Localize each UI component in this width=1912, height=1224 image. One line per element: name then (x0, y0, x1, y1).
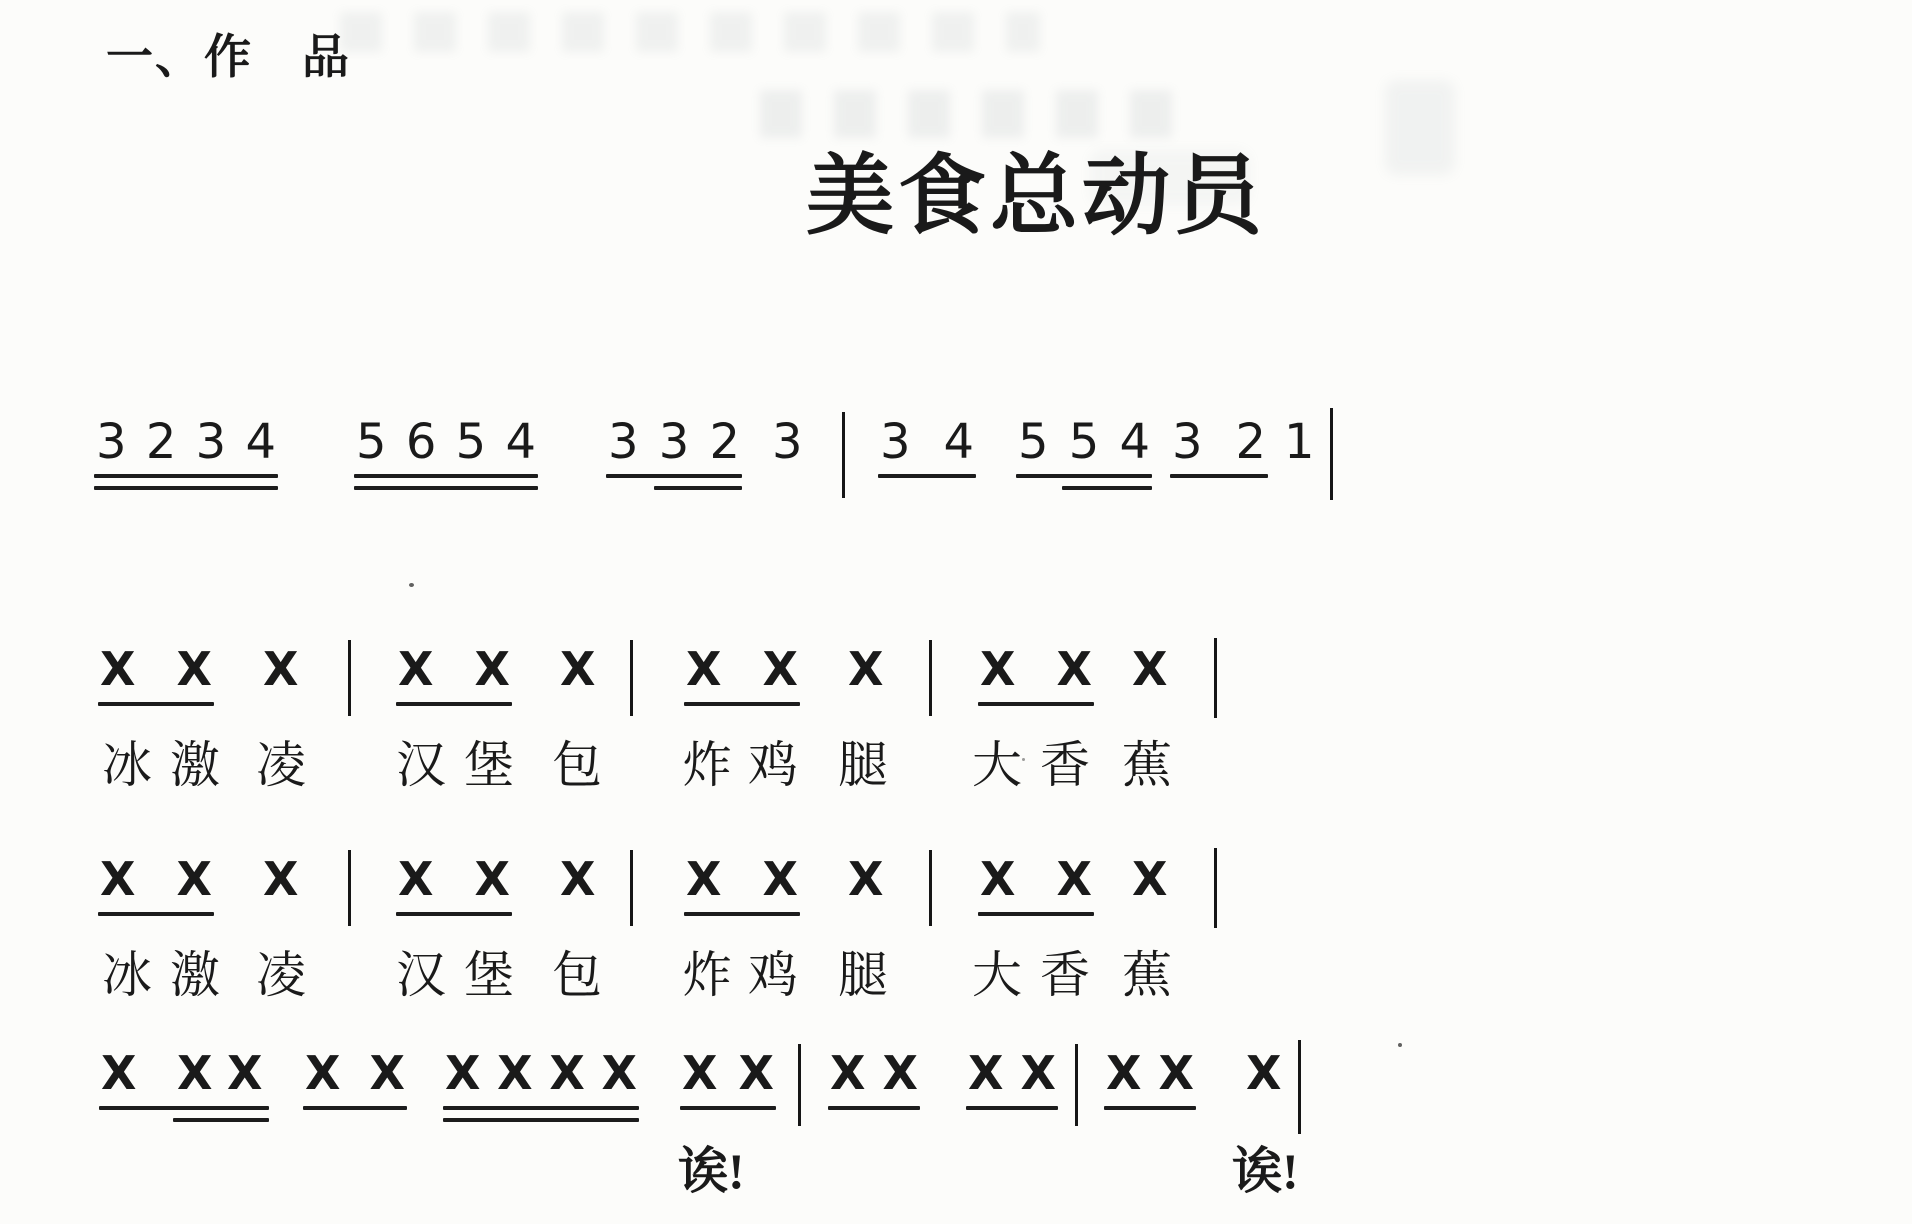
barline (630, 640, 633, 716)
rhythm-x: X (763, 646, 798, 726)
lyric-char: 包 (552, 740, 602, 790)
lyric-char: 冰 (102, 740, 152, 790)
bottom-group-3: X X X X (445, 1050, 637, 1130)
lyric-char: 包 (552, 950, 602, 1000)
beam-line (354, 486, 538, 490)
bottom-group-7: X X (1106, 1050, 1194, 1130)
melody-group-6: 5 5 4 (1018, 418, 1150, 498)
rhythm-x: X (100, 646, 135, 726)
lyric-char: 炸 (682, 740, 732, 790)
note-digit: 5 (1018, 418, 1049, 498)
beam-line (354, 474, 538, 478)
beam-line (303, 1106, 407, 1110)
rhythm-x: X (1021, 1050, 1056, 1130)
final-barline (1214, 848, 1217, 928)
rhythm-x: X (848, 856, 883, 902)
rhythm-row1-m4-pair: X X (980, 646, 1092, 726)
rhythm-x: X (101, 1050, 136, 1096)
bottom-group-6: X X (968, 1050, 1056, 1130)
rhythm-x: X (980, 646, 1015, 726)
melody-group-3: 3 3 2 (608, 418, 740, 498)
rhythm-x: X (1246, 1050, 1281, 1096)
rhythm-row2-m1-pair: X X (100, 856, 212, 936)
rhythm-x: X (177, 856, 212, 936)
rhythm-x: X (848, 646, 883, 692)
lyric-char: 大 (972, 950, 1022, 1000)
scan-speck (409, 583, 414, 587)
sheet-music-page: 一、作 品 美食总动员 3 2 3 4 5 6 5 4 3 3 2 3 3 4 … (0, 0, 1912, 1224)
rhythm-x: X (883, 1050, 918, 1130)
lyric-char: 堡 (464, 740, 514, 790)
lyric-char: 腿 (838, 950, 888, 1000)
rhythm-x: X (1132, 646, 1167, 692)
lyric-char: 蕉 (1122, 740, 1172, 790)
rhythm-x: X (560, 646, 595, 692)
sub-beam-line (1062, 486, 1152, 490)
melody-group-2: 5 6 5 4 (356, 418, 536, 498)
rhythm-x: X (968, 1050, 1003, 1130)
rhythm-x: X (1057, 856, 1092, 936)
final-barline (1214, 638, 1217, 718)
barline (348, 850, 351, 926)
rhythm-x: X (475, 646, 510, 726)
lyric-char: 冰 (102, 950, 152, 1000)
rhythm-x: X (686, 856, 721, 936)
lyric-char: 大 (972, 740, 1022, 790)
beam-line (680, 1106, 776, 1110)
beam-line (606, 474, 742, 478)
note-digit: 3 (772, 418, 803, 466)
beam-line (396, 912, 512, 916)
rhythm-x: X (980, 856, 1015, 936)
barline (798, 1044, 801, 1126)
rhythm-x: X (177, 1050, 212, 1096)
rhythm-row2-m4-pair: X X (980, 856, 1092, 936)
beam-line (684, 912, 800, 916)
rhythm-x: X (398, 856, 433, 936)
note-digit: 3 (1172, 418, 1203, 498)
lyric-char: 香 (1040, 740, 1090, 790)
scan-speck (1022, 758, 1025, 761)
lyric-char: 腿 (838, 740, 888, 790)
shout-lyric: 诶! (678, 1146, 745, 1196)
lyric-char: 蕉 (1122, 950, 1172, 1000)
bottom-group-2: X X (305, 1050, 405, 1130)
lyric-char: 凌 (256, 740, 306, 790)
bleedthrough-artifact (1385, 80, 1455, 175)
rhythm-x: X (739, 1050, 774, 1130)
rhythm-x: X (1106, 1050, 1141, 1130)
beam-line (684, 702, 800, 706)
rhythm-x: X (398, 646, 433, 726)
lyric-char: 凌 (256, 950, 306, 1000)
beam-line (98, 912, 214, 916)
beam-line (396, 702, 512, 706)
lyric-char: 汉 (396, 740, 446, 790)
lyric-char: 激 (170, 740, 220, 790)
shout-lyric: 诶! (1232, 1146, 1299, 1196)
barline (929, 850, 932, 926)
lyric-char: 堡 (464, 950, 514, 1000)
beam-line (828, 1106, 920, 1110)
sub-beam-line (173, 1118, 269, 1122)
rhythm-x: X (1132, 856, 1167, 902)
beam-line (978, 912, 1094, 916)
rhythm-x: X (475, 856, 510, 936)
rhythm-x: X (370, 1050, 405, 1130)
lyric-char: 香 (1040, 950, 1090, 1000)
note-digit: 4 (943, 418, 974, 498)
note-digit: 3 (880, 418, 911, 498)
lyric-char: 炸 (682, 950, 732, 1000)
section-heading: 一、作 品 (106, 20, 351, 87)
lyric-char: 汉 (396, 950, 446, 1000)
scan-speck (1398, 1043, 1402, 1047)
beam-line (99, 1106, 269, 1110)
rhythm-x: X (227, 1050, 262, 1096)
melody-group-1: 3 2 3 4 (96, 418, 276, 498)
barline (630, 850, 633, 926)
rhythm-row2-m2-pair: X X (398, 856, 510, 936)
barline (929, 640, 932, 716)
note-digit: 2 (1235, 418, 1266, 498)
bottom-group-5: X X (830, 1050, 918, 1130)
rhythm-x: X (263, 646, 298, 692)
rhythm-x: X (763, 856, 798, 936)
rhythm-x: X (1057, 646, 1092, 726)
rhythm-row2-m3-pair: X X (686, 856, 798, 936)
rhythm-x: X (560, 856, 595, 902)
beam-line (443, 1106, 639, 1110)
beam-line (1104, 1106, 1196, 1110)
beam-line (978, 702, 1094, 706)
note-digit: 1 (1284, 418, 1315, 466)
melody-group-7: 3 2 (1172, 418, 1266, 498)
rhythm-row1-m3-pair: X X (686, 646, 798, 726)
sub-beam-line (654, 486, 742, 490)
lyric-char: 鸡 (748, 950, 798, 1000)
beam-line (1016, 474, 1152, 478)
melody-group-5: 3 4 (880, 418, 974, 498)
lyric-char: 激 (170, 950, 220, 1000)
rhythm-x: X (263, 856, 298, 902)
beam-line (98, 702, 214, 706)
rhythm-x: X (682, 1050, 717, 1130)
bleedthrough-artifact (340, 12, 1040, 52)
beam-line (878, 474, 976, 478)
beam-line (94, 474, 278, 478)
beam-line (966, 1106, 1058, 1110)
rhythm-row1-m2-pair: X X (398, 646, 510, 726)
rhythm-x: X (305, 1050, 340, 1130)
barline (1075, 1044, 1078, 1126)
rhythm-x: X (1159, 1050, 1194, 1130)
final-barline (1330, 408, 1333, 500)
bottom-group-4: X X (682, 1050, 774, 1130)
bottom-group-1: X X X (101, 1050, 267, 1130)
barline (842, 412, 845, 498)
rhythm-x: X (686, 646, 721, 726)
final-barline (1298, 1040, 1301, 1134)
rhythm-x: X (177, 646, 212, 726)
beam-line (443, 1118, 639, 1122)
rhythm-x: X (100, 856, 135, 936)
note-digit: 3 (608, 418, 639, 498)
rhythm-x: X (830, 1050, 865, 1130)
beam-line (1170, 474, 1268, 478)
lyric-char: 鸡 (748, 740, 798, 790)
song-title: 美食总动员 (806, 126, 1266, 252)
rhythm-row1-m1-pair: X X (100, 646, 212, 726)
beam-line (94, 486, 278, 490)
barline (348, 640, 351, 716)
